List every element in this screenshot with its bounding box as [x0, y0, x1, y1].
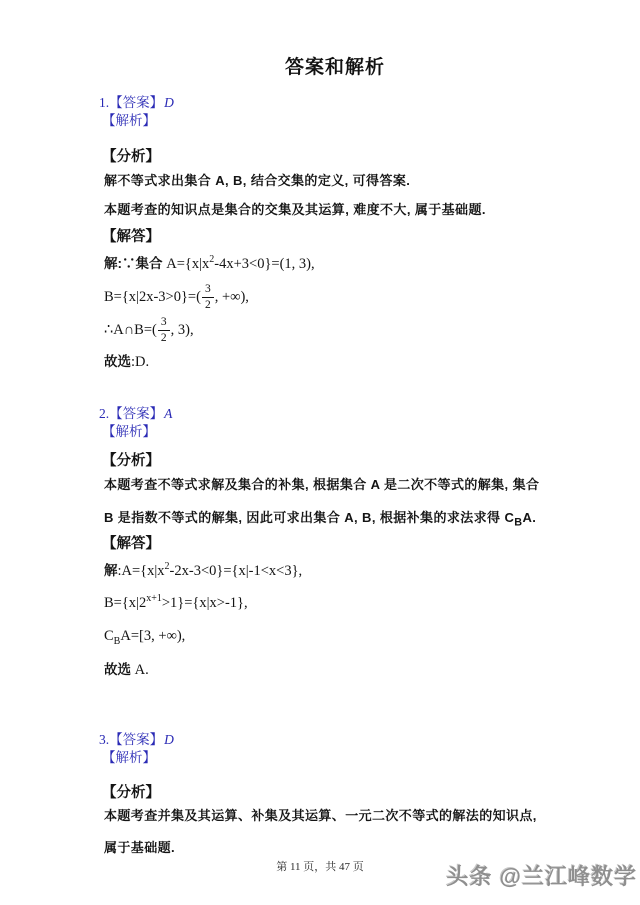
paragraph-text: 本题考查的知识点是集合的交集及其运算, 难度不大, 属于基础题. [104, 202, 486, 217]
math-text: :D. [131, 354, 149, 370]
math-text: -2x-3<0}={x|-1<x<3}, [170, 563, 303, 579]
q1-solution-line-3: ∴A∩B=(32, 3), [104, 316, 194, 345]
fraction-denominator: 2 [202, 298, 214, 312]
q3-analysis-text-1: 本题考查并集及其运算、补集及其运算、一元二次不等式的解法的知识点, [104, 808, 537, 824]
paragraph-text: 本题考查不等式求解及集合的补集, 根据集合 A 是二次不等式的解集, 集合 [104, 477, 539, 492]
document-page: 答案和解析 1.【答案】D 【解析】 【分析】 解不等式求出集合 A, B, 结… [0, 0, 640, 905]
jiexi-label: 【解析】 [102, 424, 156, 439]
superscript: x+1 [146, 593, 162, 604]
q2-solution-line-1: 解:A={x|x2-2x-3<0}={x|-1<x<3}, [104, 561, 302, 580]
fenxi-label: 【分析】 [102, 149, 160, 165]
q1-answer-line: 1.【答案】D [99, 95, 174, 112]
q2-answer-letter: A [163, 406, 172, 421]
fenxi-label: 【分析】 [102, 785, 160, 801]
q2-analysis-text-1: 本题考查不等式求解及集合的补集, 根据集合 A 是二次不等式的解集, 集合 [104, 477, 539, 493]
math-text: A. [131, 662, 149, 678]
paragraph-text: 本题考查并集及其运算、补集及其运算、一元二次不等式的解法的知识点, [104, 808, 537, 823]
fraction: 32 [158, 316, 170, 345]
q1-fenxi-heading: 【分析】 [102, 148, 160, 166]
q2-jiexi-label: 【解析】 [102, 424, 156, 441]
q1-jieda-heading: 【解答】 [102, 228, 160, 246]
q2-analysis-text-2: B 是指数不等式的解集, 因此可求出集合 A, B, 根据补集的求法求得 CBA… [104, 510, 536, 530]
math-cn-text: 解:∵集合 [104, 256, 166, 271]
q2-conclusion: 故选 A. [104, 661, 149, 679]
math-text: ∴A∩B=( [104, 322, 157, 338]
q2-jieda-heading: 【解答】 [102, 535, 160, 553]
q2-answer-line: 2.【答案】A [99, 406, 172, 423]
fraction-numerator: 3 [158, 316, 170, 331]
jiexi-label: 【解析】 [102, 113, 156, 128]
paragraph-text: B 是指数不等式的解集, 因此可求出集合 A, B, 根据补集的求法求得 C [104, 510, 514, 525]
q1-jiexi-label: 【解析】 [102, 113, 156, 130]
math-text: A=[3, +∞), [120, 628, 185, 644]
paragraph-text: 属于基础题. [104, 840, 175, 855]
q3-jiexi-label: 【解析】 [102, 750, 156, 767]
q2-fenxi-heading: 【分析】 [102, 452, 160, 470]
math-cn-text: 解 [104, 563, 118, 578]
page-title: 答案和解析 [100, 52, 570, 79]
fenxi-label: 【分析】 [102, 453, 160, 469]
q1-analysis-text-1: 解不等式求出集合 A, B, 结合交集的定义, 可得答案. [104, 173, 410, 189]
math-cn-text: 故选 [104, 354, 131, 369]
toutiao-watermark: 头条 @兰江峰数学 [446, 860, 637, 891]
math-text: B={x|2x-3>0}=( [104, 289, 201, 305]
paragraph-text: A. [523, 510, 537, 525]
fraction-numerator: 3 [202, 283, 214, 298]
math-text: , +∞), [215, 289, 249, 305]
math-text: C [104, 628, 114, 644]
q3-fenxi-heading: 【分析】 [102, 784, 160, 802]
math-text: , 3), [171, 322, 194, 338]
q1-solution-line-2: B={x|2x-3>0}=(32, +∞), [104, 283, 249, 312]
math-text: >1}={x|x>-1}, [162, 595, 248, 611]
jieda-label: 【解答】 [102, 536, 160, 552]
math-cn-text: 故选 [104, 662, 131, 677]
q2-number: 2. [99, 406, 109, 421]
math-text: B={x|2 [104, 595, 146, 611]
math-text: :A={x|x [118, 563, 165, 579]
jieda-label: 【解答】 [102, 229, 160, 245]
q2-solution-line-3: CBA=[3, +∞), [104, 627, 185, 648]
subscript: B [514, 517, 522, 529]
q1-solution-line-1: 解:∵集合 A={x|x2-4x+3<0}=(1, 3), [104, 254, 315, 273]
answer-label: 【答案】 [109, 732, 163, 747]
fraction-denominator: 2 [158, 331, 170, 345]
q1-analysis-text-2: 本题考查的知识点是集合的交集及其运算, 难度不大, 属于基础题. [104, 202, 486, 218]
q1-number: 1. [99, 95, 109, 110]
q3-answer-letter: D [163, 732, 174, 747]
answer-label: 【答案】 [109, 95, 163, 110]
fraction: 32 [202, 283, 214, 312]
q1-conclusion: 故选:D. [104, 353, 149, 371]
answer-label: 【答案】 [109, 406, 163, 421]
paragraph-text: 解不等式求出集合 A, B, 结合交集的定义, 可得答案. [104, 173, 410, 188]
q1-answer-letter: D [163, 95, 174, 110]
q3-answer-line: 3.【答案】D [99, 732, 174, 749]
q2-solution-line-2: B={x|2x+1>1}={x|x>-1}, [104, 593, 248, 612]
math-text: A={x|x [166, 256, 209, 272]
math-text: -4x+3<0}=(1, 3), [214, 256, 314, 272]
q3-analysis-text-2: 属于基础题. [104, 840, 175, 856]
q3-number: 3. [99, 732, 109, 747]
jiexi-label: 【解析】 [102, 750, 156, 765]
